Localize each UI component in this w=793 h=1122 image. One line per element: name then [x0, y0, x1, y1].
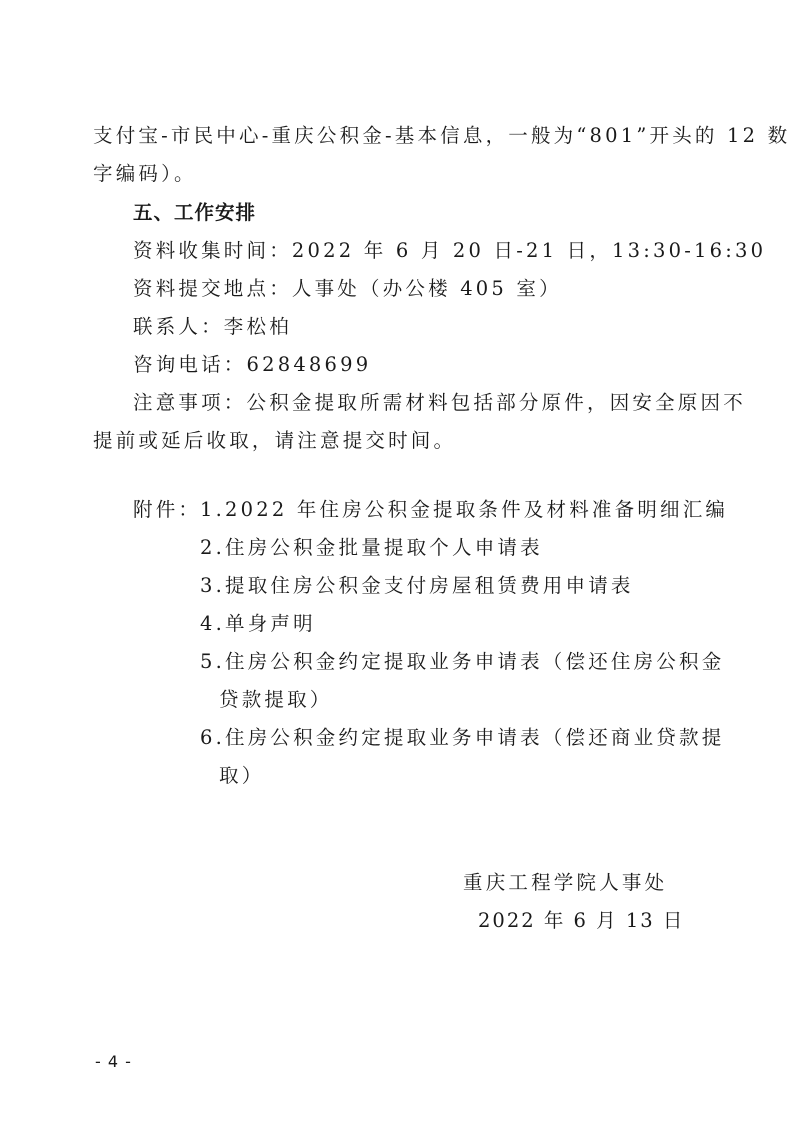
consultation-phone: 咨询电话：62848699: [133, 353, 371, 377]
document-page: 支付宝-市民中心-重庆公积金-基本信息，一般为“801”开头的 12 数 字编码…: [0, 0, 793, 1122]
attachment-item-6-cont: 取）: [219, 764, 264, 788]
page-number: - 4 -: [95, 1052, 132, 1071]
attachment-item-5: 5.住房公积金约定提取业务申请表（偿还住房公积金: [200, 650, 724, 674]
contact-person: 联系人：李松柏: [133, 315, 292, 339]
attachment-item-1: 1.2022 年住房公积金提取条件及材料准备明细汇编: [200, 498, 728, 522]
continuation-line-1: 支付宝-市民中心-重庆公积金-基本信息，一般为“801”开头的 12 数: [93, 124, 790, 148]
notes-line-1: 注意事项：公积金提取所需材料包括部分原件，因安全原因不: [133, 391, 746, 415]
signature-organization: 重庆工程学院人事处: [463, 871, 667, 895]
continuation-line-2: 字编码）。: [93, 162, 197, 186]
submission-location: 资料提交地点：人事处（办公楼 405 室）: [133, 277, 562, 301]
attachment-item-6: 6.住房公积金约定提取业务申请表（偿还商业贷款提: [200, 726, 724, 750]
attachment-item-5-cont: 贷款提取）: [219, 688, 333, 712]
signature-date: 2022 年 6 月 13 日: [478, 909, 684, 933]
attachment-item-2: 2.住房公积金批量提取个人申请表: [200, 536, 543, 560]
attachment-item-4: 4.单身声明: [200, 612, 316, 636]
collection-time: 资料收集时间：2022 年 6 月 20 日-21 日，13:30-16:30: [133, 239, 766, 263]
attachments-label: 附件：: [133, 498, 201, 522]
notes-line-2: 提前或延后收取，请注意提交时间。: [93, 429, 456, 453]
section-heading: 五、工作安排: [133, 201, 256, 225]
attachment-item-3: 3.提取住房公积金支付房屋租赁费用申请表: [200, 574, 634, 598]
